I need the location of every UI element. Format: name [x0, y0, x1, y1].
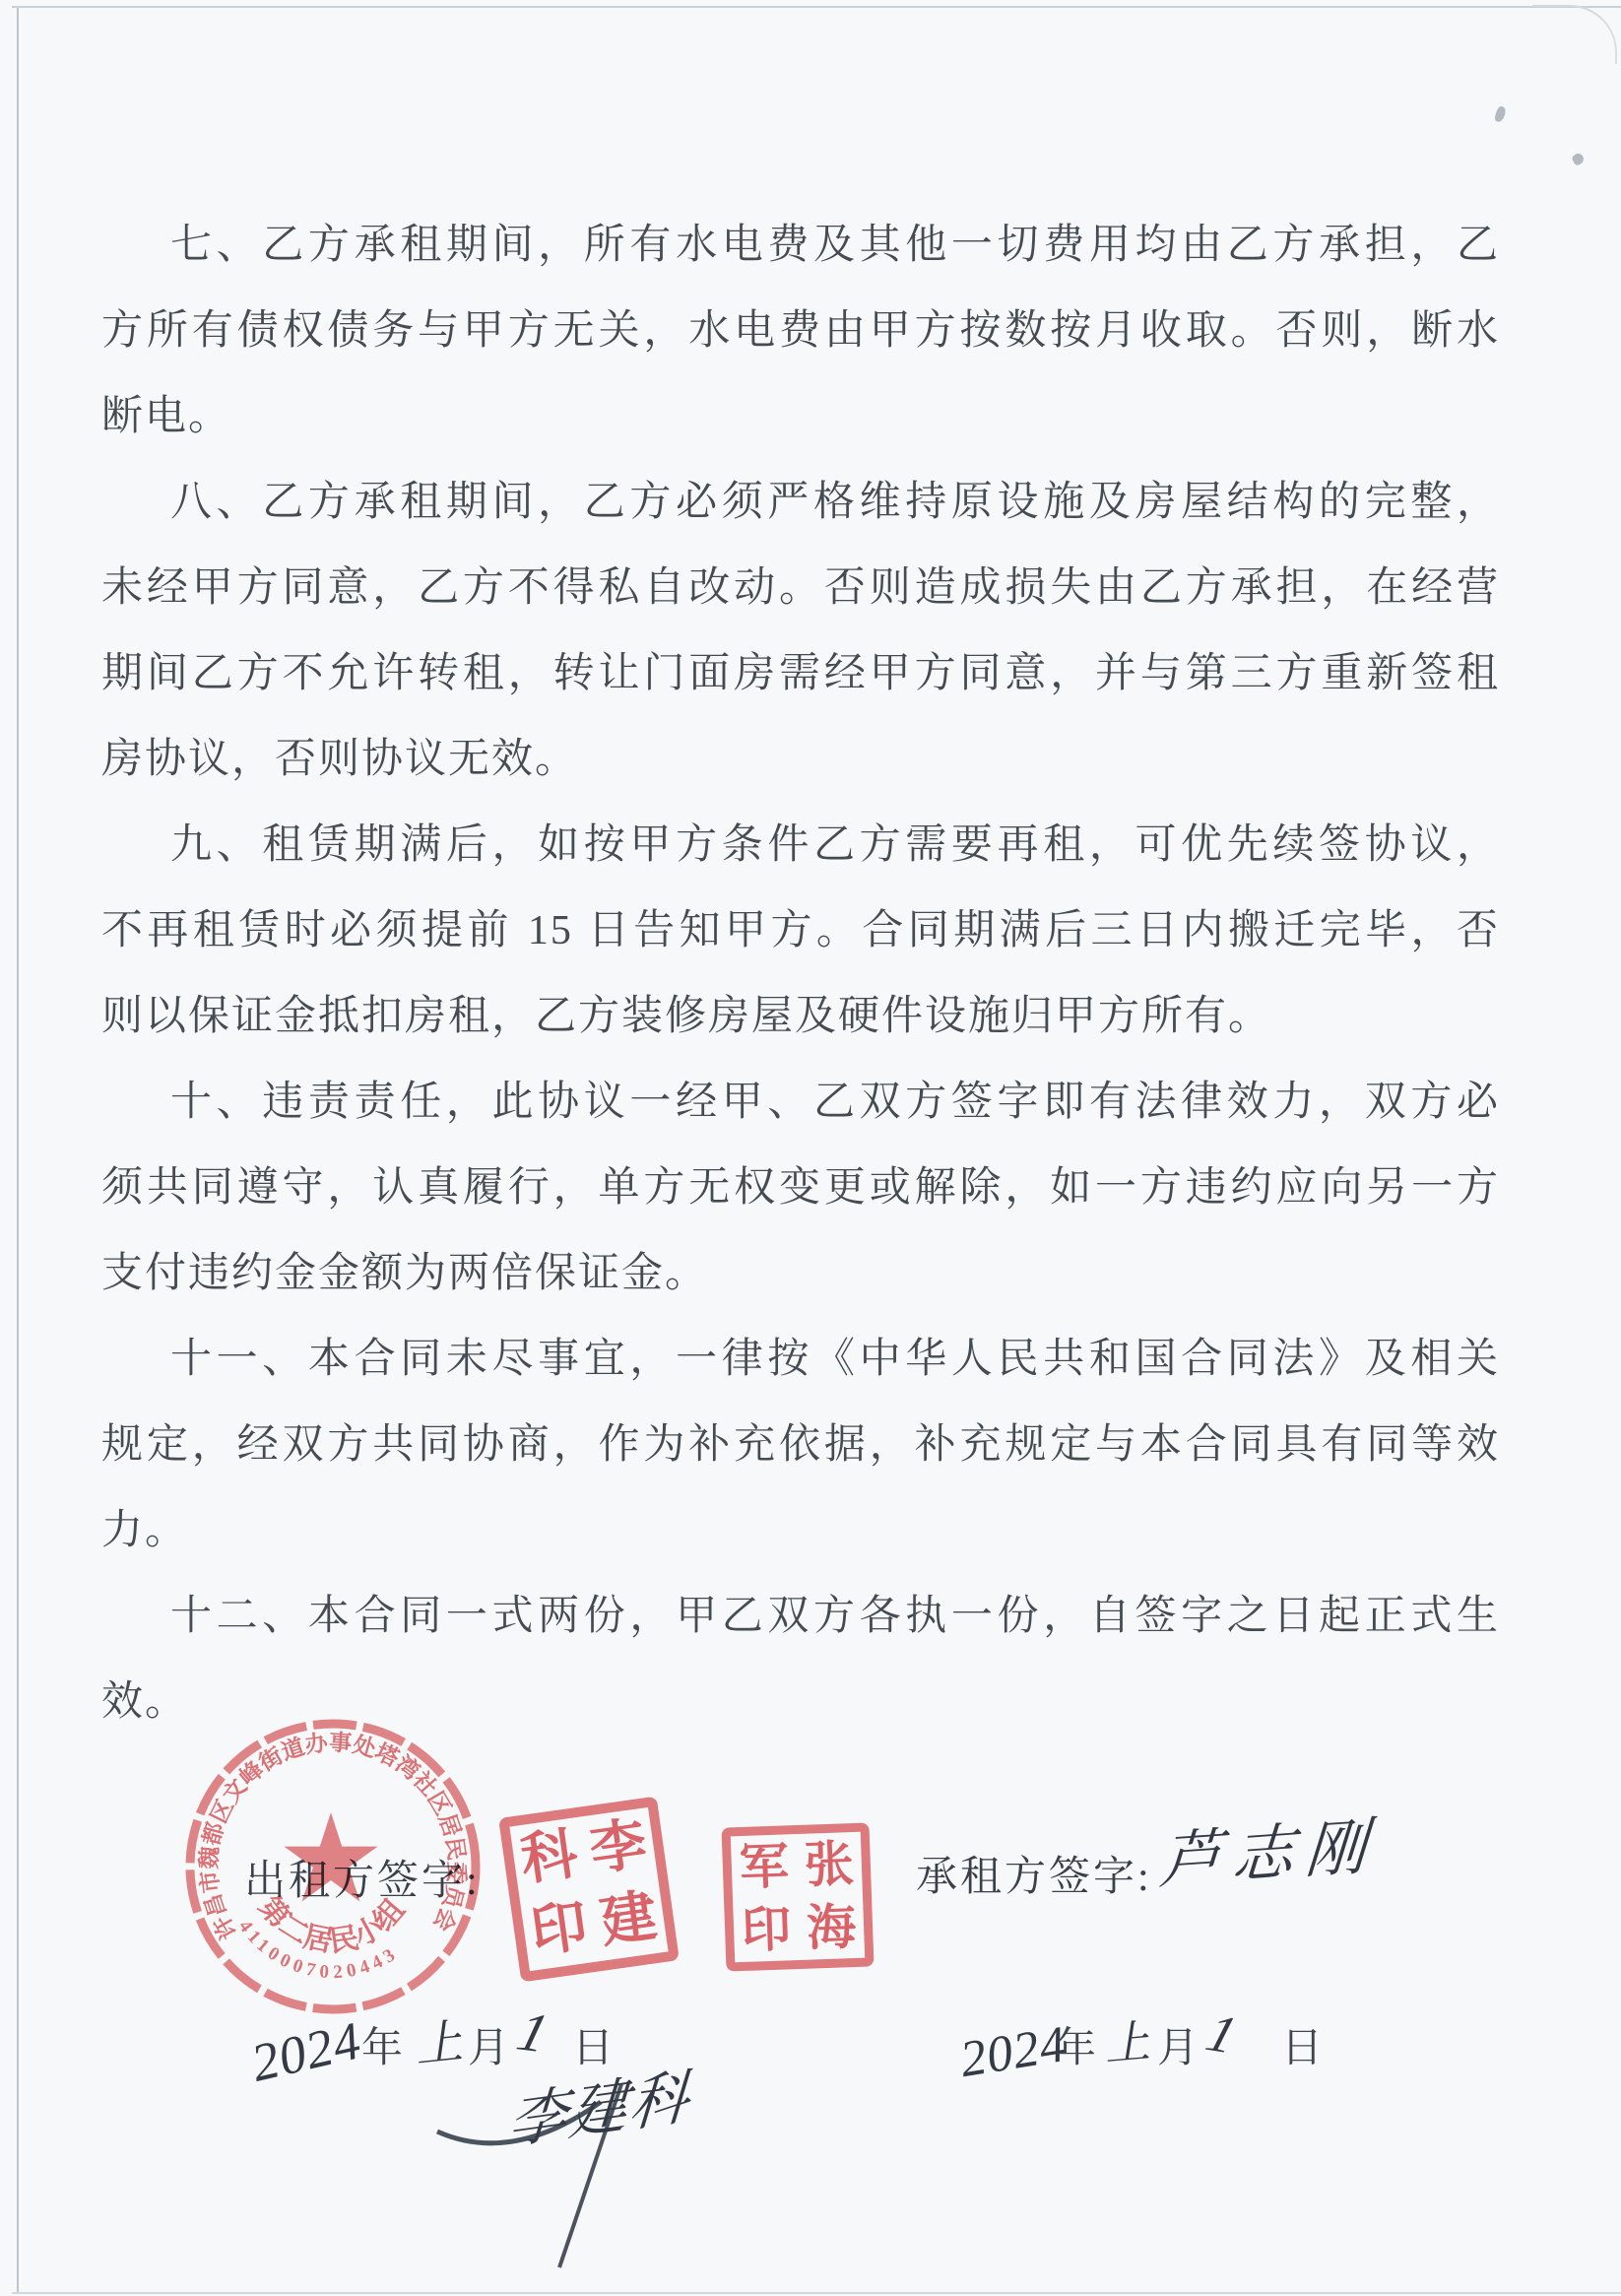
scan-edge-bottom [12, 2292, 1621, 2294]
seal-char: 海 [806, 1901, 857, 1954]
seal-char: 建 [597, 1887, 661, 1953]
clause-line: 规定，经双方共同协商，作为补充依据，补充规定与本合同具有同等效 [101, 1403, 1500, 1488]
lessee-date-month: 上 [1101, 2005, 1152, 2074]
contract-clause: 九、租赁期满后，如按甲方条件乙方需要再租，可优先续签协议，不再租赁时必须提前 1… [101, 803, 1500, 1060]
seal-star-icon [284, 1812, 377, 1902]
clause-line: 十、违责责任，此协议一经甲、乙双方签字即有法律效力，双方必 [101, 1060, 1500, 1146]
day-unit: 日 [1281, 2015, 1323, 2074]
clause-line: 期间乙方不允许转租，转让门面房需经甲方同意，并与第三方重新签租 [101, 631, 1500, 717]
ink-speck [1494, 105, 1508, 123]
clause-line: 七、乙方承租期间，所有水电费及其他一切费用均由乙方承担，乙 [101, 203, 1500, 289]
contract-body: 七、乙方承租期间，所有水电费及其他一切费用均由乙方承担，乙方所有债权债务与甲方无… [101, 203, 1500, 1745]
clause-line: 九、租赁期满后，如按甲方条件乙方需要再租，可优先续签协议， [101, 803, 1500, 888]
month-unit: 月 [1157, 2015, 1199, 2074]
seal-char: 印 [741, 1903, 792, 1956]
lessor-date-year: 2024 [245, 2009, 366, 2094]
contract-scan-page: 七、乙方承租期间，所有水电费及其他一切费用均由乙方承担，乙方所有债权债务与甲方无… [0, 0, 1621, 2296]
year-unit: 年 [1055, 2015, 1096, 2074]
lessee-handwritten-signature: 芦志刚 [1157, 1797, 1382, 1900]
contract-clause: 十一、本合同未尽事宜，一律按《中华人民共和国合同法》及相关规定，经双方共同协商，… [101, 1317, 1500, 1574]
seal-char: 军 [739, 1840, 790, 1893]
year-unit: 年 [361, 2015, 403, 2074]
name-seal-zhanghaijun: 军 张 印 海 [721, 1822, 874, 1971]
paper-corner-curl [1532, 5, 1617, 64]
clause-line: 断电。 [101, 374, 1500, 460]
clause-line: 未经甲方同意，乙方不得私自改动。否则造成损失由乙方承担，在经营 [101, 546, 1500, 631]
lessee-date-day: 1 [1200, 2002, 1244, 2066]
lessee-date-line: 2024 年 上 月 1 日 [960, 2007, 1354, 2126]
lessee-date-year: 2024 [956, 2015, 1070, 2089]
seal-char: 李 [587, 1815, 651, 1881]
ink-speck [1571, 152, 1586, 166]
clause-line: 支付违约金金额为两倍保证金。 [101, 1231, 1500, 1317]
clause-line: 不再租赁时必须提前 15 日告知甲方。合同期满后三日内搬迁完毕，否 [101, 888, 1500, 974]
seal-char: 科 [517, 1825, 581, 1891]
clause-line: 则以保证金抵扣房租，乙方装修房屋及硬件设施归甲方所有。 [101, 974, 1500, 1060]
clause-line: 方所有债权债务与甲方无关，水电费由甲方按数按月收取。否则，断水 [101, 289, 1500, 374]
seal-char: 印 [528, 1897, 592, 1963]
contract-clause: 八、乙方承租期间，乙方必须严格维持原设施及房屋结构的完整，未经甲方同意，乙方不得… [101, 460, 1500, 803]
contract-clause: 十、违责责任，此协议一经甲、乙双方签字即有法律效力，双方必须共同遵守，认真履行，… [101, 1060, 1500, 1317]
clause-line: 十二、本合同一式两份，甲乙双方各执一份，自签字之日起正式生 [101, 1574, 1500, 1660]
scan-edge-left [17, 8, 19, 2292]
clause-line: 房协议，否则协议无效。 [101, 717, 1500, 803]
name-seal-lijianke: 科 李 印 建 [498, 1797, 680, 1983]
clause-line: 力。 [101, 1488, 1500, 1574]
seal-char: 张 [804, 1838, 855, 1891]
official-round-seal-icon: 许昌市魏都区文峰街道办事处塔湾社区居民委员会 第二居民小组 4110007020… [180, 1714, 486, 2019]
lessee-signature-label: 承租方签字: [916, 1844, 1152, 1903]
scan-edge-top [12, 6, 1621, 8]
contract-clause: 七、乙方承租期间，所有水电费及其他一切费用均由乙方承担，乙方所有债权债务与甲方无… [101, 203, 1500, 460]
clause-line: 须共同遵守，认真履行，单方无权变更或解除，如一方违约应向另一方 [101, 1146, 1500, 1231]
clause-line: 八、乙方承租期间，乙方必须严格维持原设施及房屋结构的完整， [101, 460, 1500, 546]
clause-line: 十一、本合同未尽事宜，一律按《中华人民共和国合同法》及相关 [101, 1317, 1500, 1403]
lessor-handwritten-signature: 李建科 [421, 2051, 717, 2296]
